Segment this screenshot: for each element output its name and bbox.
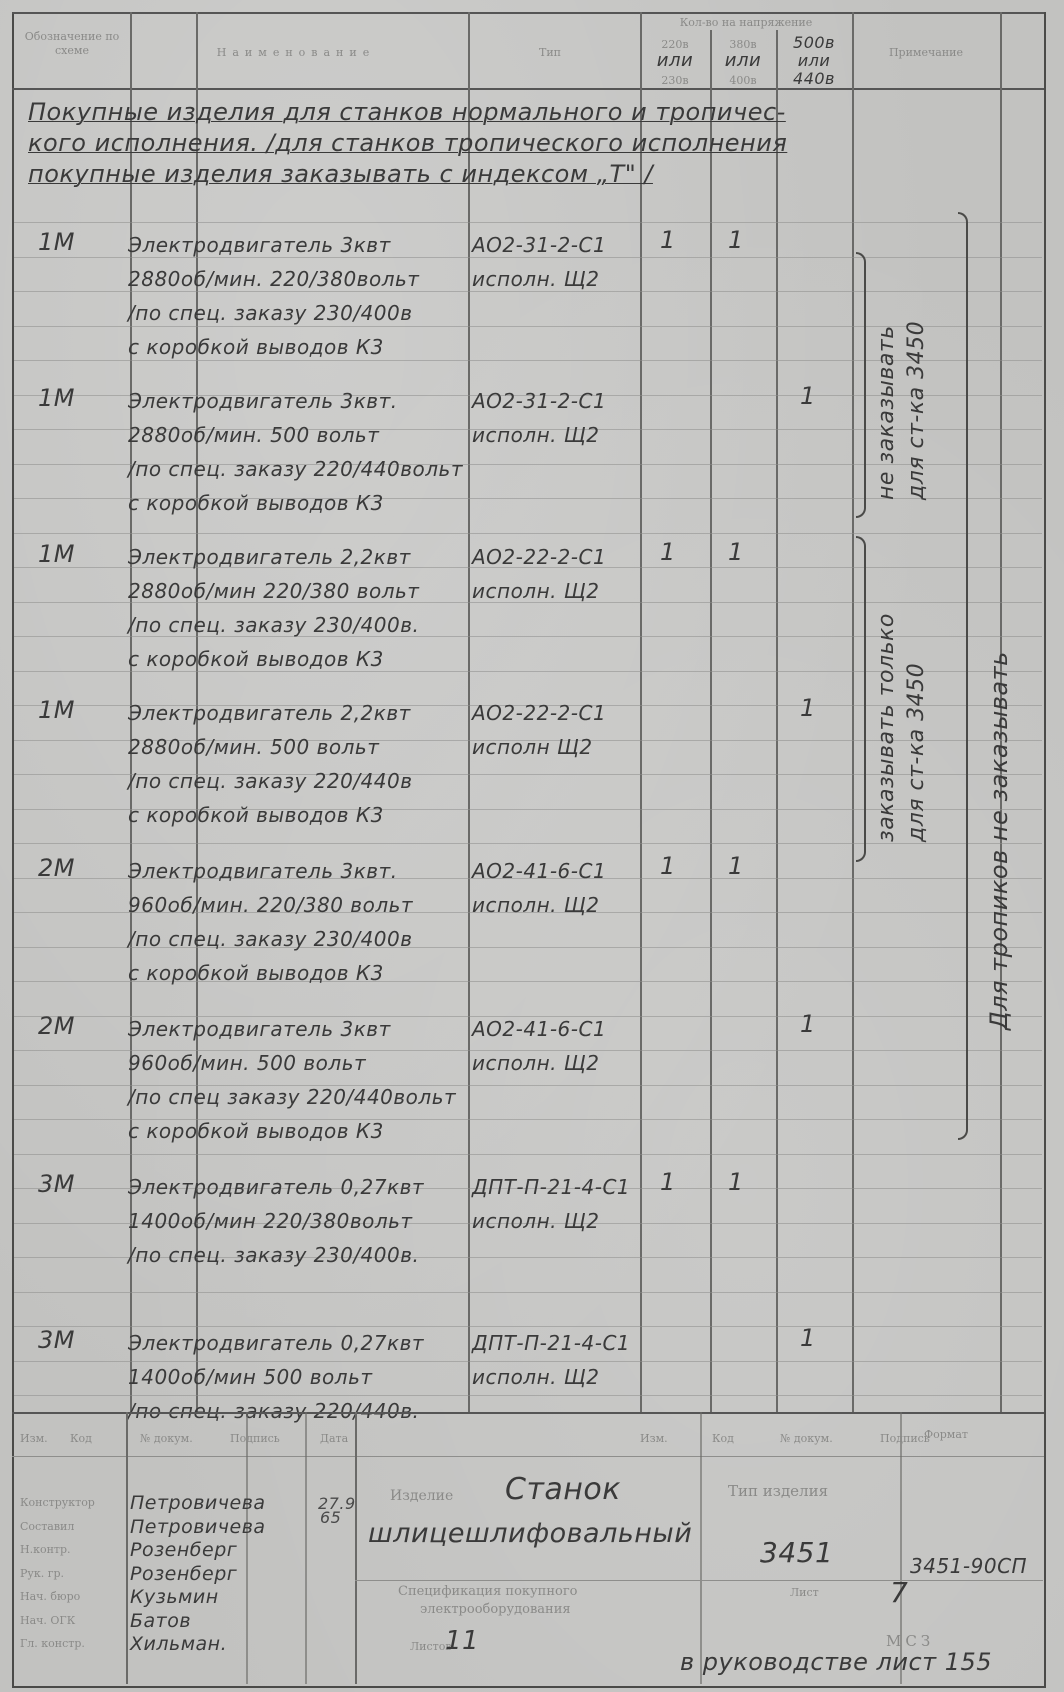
position-designation: 2М — [38, 854, 75, 882]
description-line: Электродвигатель 3квт — [128, 228, 468, 262]
position-designation: 1М — [38, 696, 75, 724]
position-designation: 1М — [38, 228, 75, 256]
intro-note: Покупные изделия для станков нормального… — [28, 97, 1038, 190]
title-block-role-label: Н.контр. — [20, 1543, 71, 1556]
tb-col-sign — [305, 1412, 307, 1684]
qty-500-440: 1 — [800, 382, 816, 410]
product-name-1: Станок — [505, 1472, 621, 1507]
sheet-label: Лист — [790, 1586, 819, 1599]
header-qty1-mid: или — [640, 54, 710, 68]
title-block-header-label: Код — [70, 1432, 92, 1445]
description-line: 960об/мин. 220/380 вольт — [128, 888, 468, 922]
rule-line — [14, 843, 1042, 844]
rule-line — [14, 1154, 1042, 1155]
model-line: АО2-41-6-С1 — [472, 1012, 606, 1046]
title-block-name: Хильман. — [130, 1633, 266, 1657]
title-block-name: Розенберг — [130, 1563, 266, 1587]
header-qty2-bot: 400в — [710, 74, 776, 88]
tb-col-type — [700, 1412, 702, 1684]
note-not-order: не заказывать для ст-ка 3450 — [872, 321, 932, 500]
description-line: 2880об/мин. 500 вольт — [128, 730, 468, 764]
doc-number: 3451-90СП — [910, 1554, 1027, 1578]
description-line: Электродвигатель 2,2квт — [128, 696, 468, 730]
tb-col-date — [355, 1412, 357, 1684]
note-order-only: заказывать только для ст-ка 3450 — [872, 613, 932, 842]
header-qty3-bot: 440в — [776, 72, 852, 86]
header-bottom-border — [12, 88, 1044, 90]
model-line: ДПТ-П-21-4-С1 — [472, 1170, 630, 1204]
description-line: Электродвигатель 3квт. — [128, 854, 468, 888]
item-model: АО2-22-2-С1исполн. Щ2 — [472, 540, 606, 608]
qty-220-230: 1 — [660, 226, 676, 254]
item-description: Электродвигатель 2,2квт2880об/мин. 500 в… — [128, 696, 468, 832]
item-model: ДПТ-П-21-4-С1исполн. Щ2 — [472, 1170, 630, 1238]
description-line: 2880об/мин. 220/380вольт — [128, 262, 468, 296]
header-name: Наименование — [196, 46, 396, 60]
item-model: ДПТ-П-21-4-С1исполн. Щ2 — [472, 1326, 630, 1394]
item-description: Электродвигатель 3квт.2880об/мин. 500 во… — [128, 384, 468, 520]
header-qty1-bot: 230в — [640, 74, 710, 88]
title-block-role-label: Нач. бюро — [20, 1590, 80, 1603]
position-designation: 1М — [38, 540, 75, 568]
sheets-total: 11 — [445, 1626, 479, 1656]
qty-220-230: 1 — [660, 538, 676, 566]
manual-note: в руководстве лист 155 — [680, 1648, 992, 1676]
brace-not-order — [856, 252, 866, 518]
qty-220-230: 1 — [660, 1168, 676, 1196]
header-top-border — [12, 12, 1044, 14]
title-block-header-label: Подпись — [230, 1432, 280, 1445]
product-label: Изделие — [390, 1488, 453, 1504]
item-model: АО2-41-6-С1исполн. Щ2 — [472, 854, 606, 922]
header-designation: Обозначение по схеме — [14, 30, 130, 58]
header-qty3-top: 500в — [776, 36, 852, 50]
description-line: с коробкой выводов К3 — [128, 486, 468, 520]
intro-line-3: покупные изделия заказывать с индексом „… — [28, 159, 1038, 190]
brace-tropics — [958, 212, 968, 1140]
description-line: /по спец. заказу 220/440вольт — [128, 452, 468, 486]
position-designation: 3М — [38, 1170, 75, 1198]
title-block-header-label: № докум. — [140, 1432, 193, 1445]
tb-line-docnum — [355, 1580, 1043, 1581]
title-block-hdr-line — [12, 1456, 1044, 1457]
description-line: /по спец. заказу 220/440в — [128, 764, 468, 798]
description-line: /по спец. заказу 230/400в — [128, 296, 468, 330]
position-designation: 2М — [38, 1012, 75, 1040]
description-line: 2880об/мин. 500 вольт — [128, 418, 468, 452]
description-line: 1400об/мин 220/380вольт — [128, 1204, 468, 1238]
item-description: Электродвигатель 3квт.960об/мин. 220/380… — [128, 854, 468, 990]
title-block-name: Петровичева — [130, 1492, 266, 1516]
model-line: исполн. Щ2 — [472, 574, 606, 608]
sheet-value: 7 — [890, 1576, 908, 1609]
description-line: 2880об/мин 220/380 вольт — [128, 574, 468, 608]
rule-line — [14, 533, 1042, 534]
item-model: АО2-41-6-С1исполн. Щ2 — [472, 1012, 606, 1080]
description-line: Электродвигатель 0,27квт — [128, 1170, 468, 1204]
item-description: Электродвигатель 3квт2880об/мин. 220/380… — [128, 228, 468, 364]
description-line: Электродвигатель 0,27квт — [128, 1326, 468, 1360]
position-designation: 3М — [38, 1326, 75, 1354]
position-designation: 1М — [38, 384, 75, 412]
description-line: /по спец. заказу 230/400в — [128, 922, 468, 956]
description-line: Электродвигатель 3квт — [128, 1012, 468, 1046]
qty-220-230: 1 — [660, 852, 676, 880]
intro-line-2: кого исполнения. /для станков тропическо… — [28, 128, 1038, 159]
format-label: Формат — [924, 1428, 968, 1441]
model-line: исполн. Щ2 — [472, 1046, 606, 1080]
description-line: /по спец. заказу 220/440в. — [128, 1394, 468, 1428]
header-type: Тип — [510, 46, 590, 60]
title-block-role-label: Нач. ОГК — [20, 1614, 75, 1627]
description-line: Электродвигатель 3квт. — [128, 384, 468, 418]
brace-order-only — [856, 536, 866, 862]
item-model: АО2-22-2-С1исполн Щ2 — [472, 696, 606, 764]
signature-date-bottom: 65 — [320, 1508, 341, 1527]
model-line: исполн. Щ2 — [472, 1360, 630, 1394]
title-block-header-label: Код — [712, 1432, 734, 1445]
title-block-header-label: Подпись — [880, 1432, 930, 1445]
title-block-top — [12, 1412, 1044, 1414]
description-line: с коробкой выводов К3 — [128, 956, 468, 990]
description-line: 960об/мин. 500 вольт — [128, 1046, 468, 1080]
doc-title-2: электрооборудования — [420, 1602, 571, 1617]
model-line: АО2-22-2-С1 — [472, 696, 606, 730]
title-block-role-label: Гл. констр. — [20, 1637, 85, 1650]
model-line: АО2-41-6-С1 — [472, 854, 606, 888]
title-block-name: Петровичева — [130, 1516, 266, 1540]
title-block-name: Батов — [130, 1610, 266, 1634]
model-line: АО2-31-2-С1 — [472, 228, 606, 262]
spec-sheet: Обозначение по схеме Наименование Тип Ко… — [0, 0, 1064, 1692]
qty-380-400: 1 — [728, 1168, 744, 1196]
item-description: Электродвигатель 0,27квт1400об/мин 220/3… — [128, 1170, 468, 1272]
product-name-2: шлицешлифовальный — [368, 1518, 692, 1549]
item-description: Электродвигатель 2,2квт2880об/мин 220/38… — [128, 540, 468, 676]
qty-500-440: 1 — [800, 1010, 816, 1038]
note-tropics: Для тропиков не заказывать — [984, 651, 1014, 1030]
rule-line — [14, 1292, 1042, 1293]
description-line: с коробкой выводов К3 — [128, 642, 468, 676]
title-block-role-label: Рук. гр. — [20, 1567, 64, 1580]
model-line: исполн Щ2 — [472, 730, 606, 764]
description-line: /по спец. заказу 230/400в. — [128, 1238, 468, 1272]
title-block-header-label: Изм. — [640, 1432, 668, 1445]
doc-title-1: Спецификация покупного — [398, 1584, 577, 1599]
model-line: ДПТ-П-21-4-С1 — [472, 1326, 630, 1360]
title-block-role-label: Составил — [20, 1520, 74, 1533]
title-block-name: Розенберг — [130, 1539, 266, 1563]
header-note: Примечание — [852, 46, 1000, 60]
model-line: исполн. Щ2 — [472, 262, 606, 296]
qty-380-400: 1 — [728, 852, 744, 880]
rule-line — [14, 222, 1042, 223]
description-line: с коробкой выводов К3 — [128, 1114, 468, 1148]
item-model: АО2-31-2-С1исполн. Щ2 — [472, 384, 606, 452]
model-line: исполн. Щ2 — [472, 418, 606, 452]
title-block-header-label: № докум. — [780, 1432, 833, 1445]
title-block-header-label: Дата — [320, 1432, 348, 1445]
description-line: /по спец. заказу 230/400в. — [128, 608, 468, 642]
model-line: АО2-22-2-С1 — [472, 540, 606, 574]
title-block-header-label: Изм. — [20, 1432, 48, 1445]
type-label: Тип изделия — [728, 1482, 828, 1500]
col-line-6 — [776, 30, 778, 1412]
description-line: с коробкой выводов К3 — [128, 798, 468, 832]
item-description: Электродвигатель 3квт960об/мин. 500 воль… — [128, 1012, 468, 1148]
model-line: исполн. Щ2 — [472, 888, 606, 922]
item-model: АО2-31-2-С1исполн. Щ2 — [472, 228, 606, 296]
qty-380-400: 1 — [728, 538, 744, 566]
description-line: Электродвигатель 2,2квт — [128, 540, 468, 574]
header-qty3-mid: или — [776, 54, 852, 68]
title-block-names: ПетровичеваПетровичеваРозенбергРозенберг… — [130, 1492, 266, 1657]
description-line: с коробкой выводов К3 — [128, 330, 468, 364]
type-value: 3451 — [760, 1536, 833, 1569]
col-line-5 — [710, 30, 712, 1412]
title-block-role-label: Конструктор — [20, 1496, 95, 1509]
header-qty2-mid: или — [710, 54, 776, 68]
qty-380-400: 1 — [728, 226, 744, 254]
qty-500-440: 1 — [800, 694, 816, 722]
qty-500-440: 1 — [800, 1324, 816, 1352]
model-line: АО2-31-2-С1 — [472, 384, 606, 418]
model-line: исполн. Щ2 — [472, 1204, 630, 1238]
tb-col-role — [126, 1412, 128, 1684]
description-line: 1400об/мин 500 вольт — [128, 1360, 468, 1394]
header-qty-group: Кол-во на напряжение — [640, 16, 852, 30]
intro-line-1: Покупные изделия для станков нормального… — [28, 97, 1038, 128]
description-line: /по спец заказу 220/440вольт — [128, 1080, 468, 1114]
title-block-name: Кузьмин — [130, 1586, 266, 1610]
